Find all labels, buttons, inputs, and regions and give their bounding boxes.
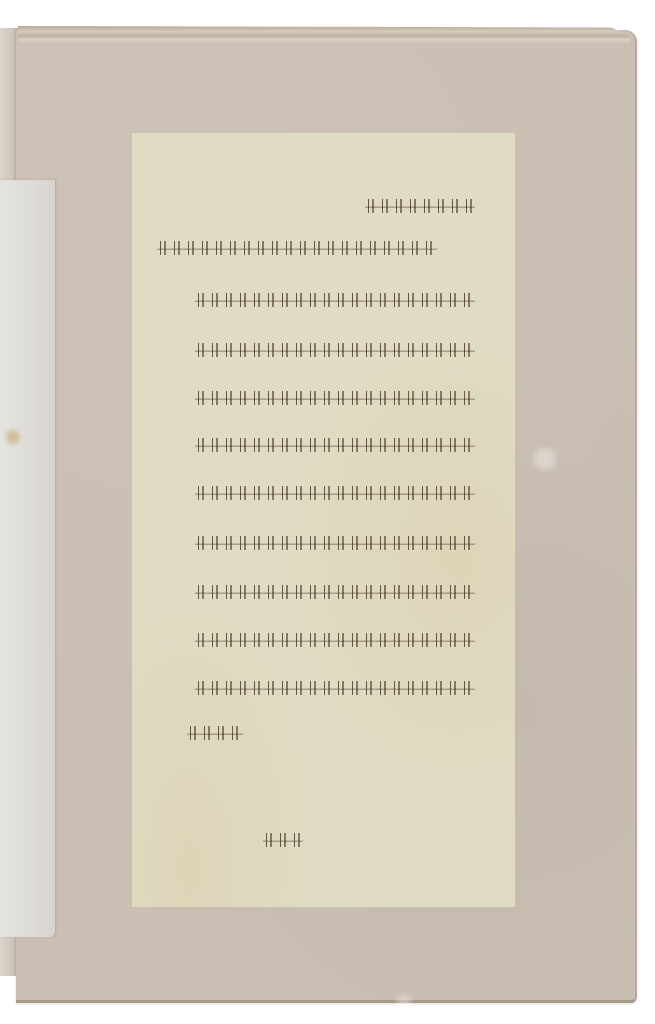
manuscript-line: line 5 bbox=[195, 438, 475, 452]
manuscript-line: line 8 bbox=[195, 585, 475, 599]
manuscript-closing: closing mark (short, lower left) bbox=[263, 833, 303, 847]
manuscript-header: header line (short, right-aligned) bbox=[365, 199, 475, 213]
manuscript-line: line 3 bbox=[195, 343, 475, 357]
tissue-stain bbox=[6, 430, 20, 444]
manuscript-line: line 10 bbox=[195, 681, 475, 695]
stacked-page-edges bbox=[18, 26, 630, 44]
manuscript-line: line 4 bbox=[195, 391, 475, 405]
board-spot bbox=[534, 448, 556, 470]
manuscript-line: line 1 bbox=[157, 241, 437, 255]
manuscript-line: line 2 bbox=[195, 293, 475, 307]
manuscript-line: line 6 bbox=[195, 486, 475, 500]
manuscript-line: line 9 bbox=[195, 633, 475, 647]
manuscript-line: line 7 bbox=[195, 536, 475, 550]
manuscript-panel: header line (short, right-aligned) line … bbox=[132, 133, 515, 907]
manuscript-signature: signature line (short, left side) bbox=[187, 726, 243, 740]
board-spot bbox=[396, 995, 412, 1011]
tissue-interleaf bbox=[0, 180, 55, 937]
